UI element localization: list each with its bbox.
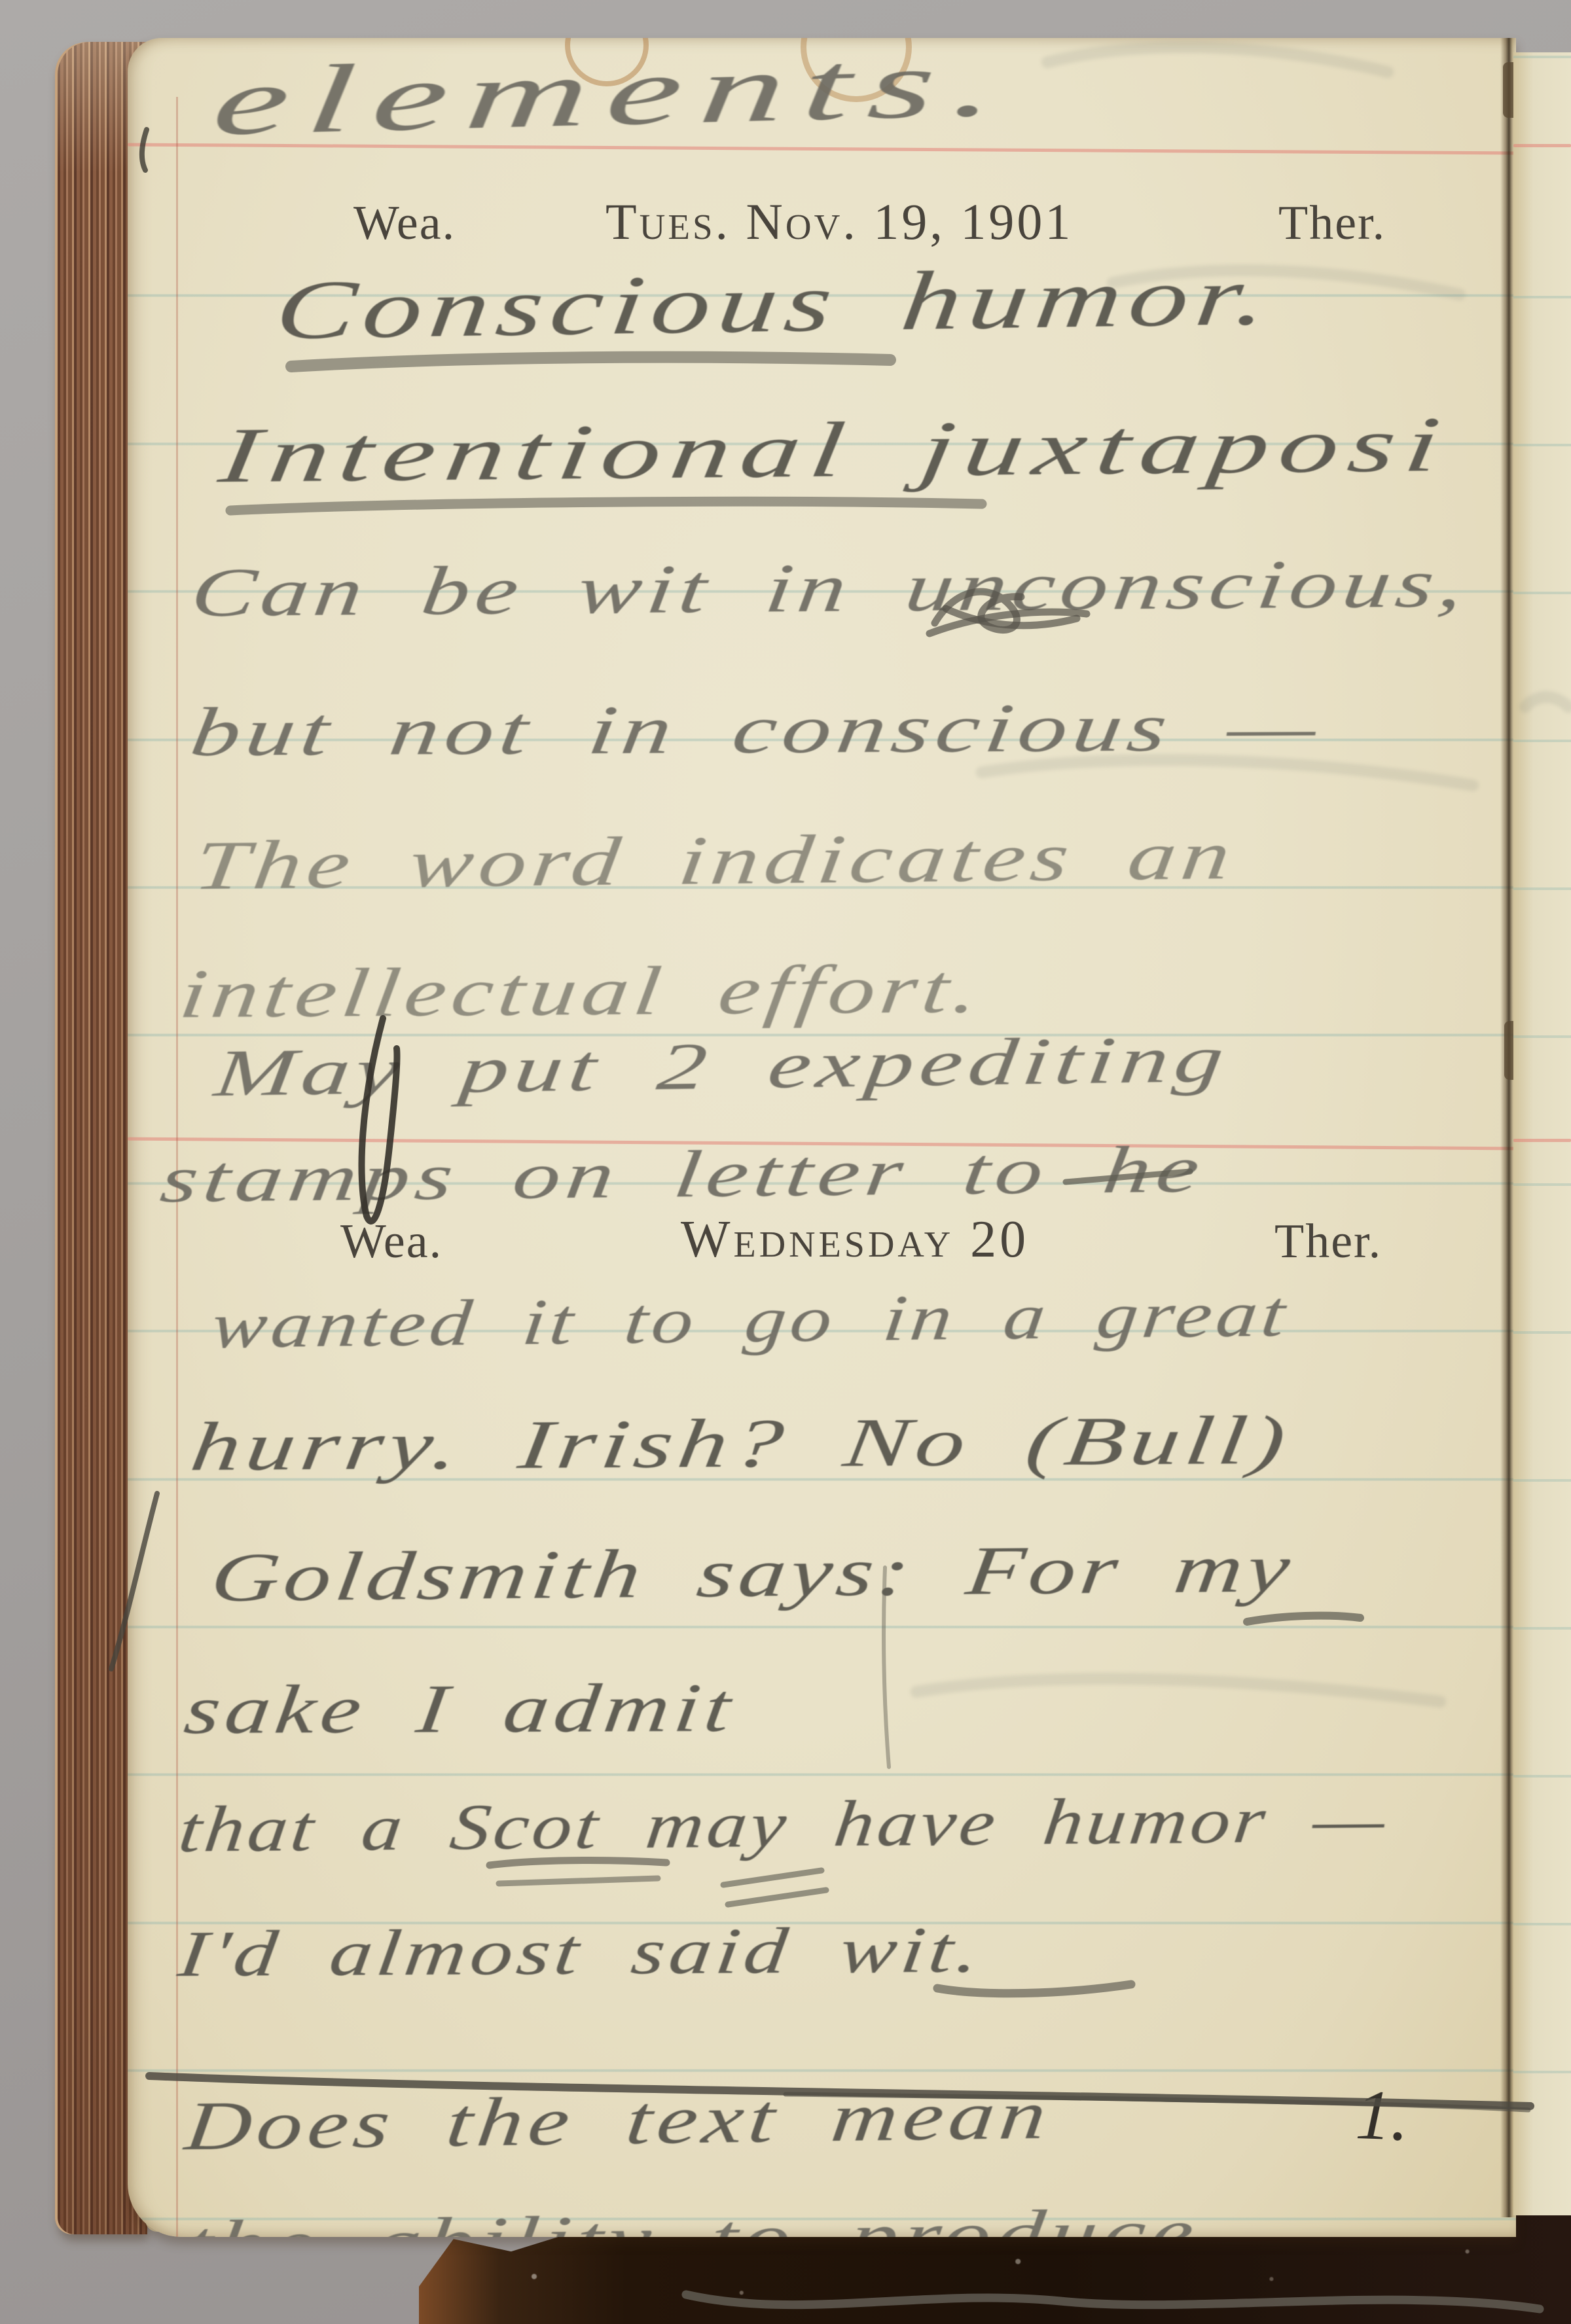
handwritten-line: stamps on letter to he — [157, 1136, 1209, 1213]
handwritten-line: Can be wit in unconscious, — [187, 548, 1473, 628]
handwritten-line: Conscious humor. — [272, 254, 1279, 353]
handwritten-line: May put 2 expediting — [211, 1026, 1233, 1108]
top-red-rule — [1513, 144, 1571, 147]
section-red-rule — [1513, 1139, 1571, 1142]
page-number: 1. — [1354, 2080, 1410, 2153]
handwritten-line: wanted it to go in a great — [209, 1281, 1293, 1359]
date-heading: Wednesday 20 — [681, 1213, 1029, 1266]
facing-page-strip — [1513, 52, 1571, 2215]
handwritten-line: but not in conscious — — [187, 692, 1326, 768]
thermometer-label: Ther. — [1278, 199, 1386, 247]
date-heading: Tues. Nov. 19, 1901 — [605, 196, 1073, 247]
handwritten-line: I'd almost said wit. — [175, 1917, 986, 1987]
handwritten-line: Goldsmith says: For my — [208, 1533, 1299, 1613]
photo-backdrop: Wea. Tues. Nov. 19, 1901 Ther. Wea. Wedn… — [0, 0, 1571, 2324]
handwritten-line: hurry. Irish? No (Bull) — [187, 1406, 1295, 1482]
handwritten-line: that a Scot may have humor — — [175, 1787, 1391, 1863]
handwritten-line-continuation: elements. — [209, 38, 1019, 151]
handwritten-line: Does the text mean — [182, 2081, 1055, 2162]
handwritten-line: The word indicates an — [191, 821, 1240, 901]
weather-label: Wea. — [353, 199, 456, 247]
thermometer-label: Ther. — [1274, 1217, 1382, 1266]
weather-label: Wea. — [340, 1217, 442, 1266]
handwritten-line: intellectual effort. — [176, 954, 987, 1029]
handwritten-line: sake I admit — [181, 1673, 740, 1745]
handwritten-line: Intentional juxtaposi — [215, 405, 1454, 495]
diary-page: Wea. Tues. Nov. 19, 1901 Ther. Wea. Wedn… — [128, 38, 1516, 2237]
handwritten-line: the ability to produce — [181, 2198, 1203, 2237]
